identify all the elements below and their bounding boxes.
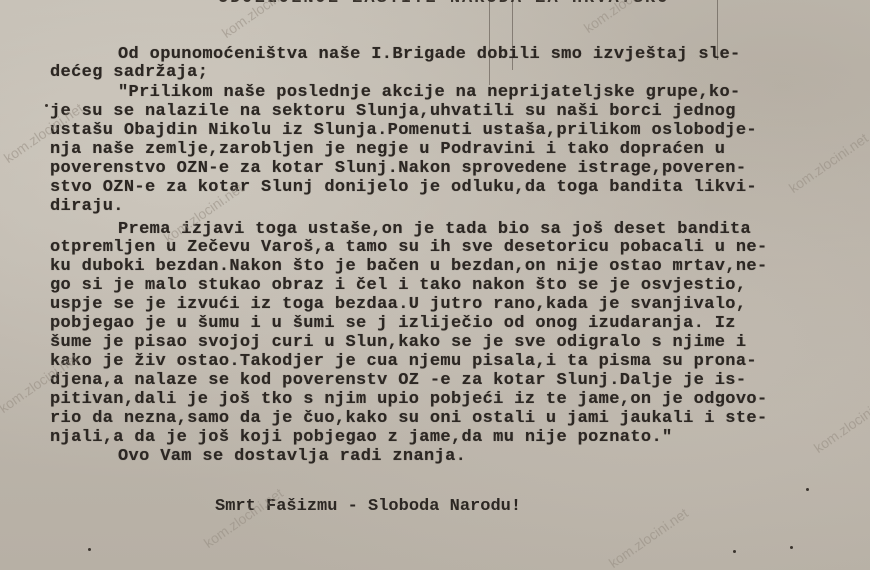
document-line: pitivan,dali je još tko s njim upio pobj… xyxy=(50,390,768,409)
document-line: diraju. xyxy=(50,197,124,216)
document-line: Prema izjavi toga ustaše,on je tada bio … xyxy=(118,220,751,239)
document-line: ku duboki bezdan.Nakon što je bačen u be… xyxy=(50,257,768,276)
document-line: je su se nalazile na sektoru Slunja,uhva… xyxy=(50,102,736,121)
paper-speck xyxy=(45,104,48,107)
paper-speck xyxy=(733,550,736,553)
watermark: kom.zlocini.net xyxy=(201,485,286,551)
document-line: Od opunomoćeništva naše I.Brigade dobili… xyxy=(118,45,741,64)
document-line: stvo OZN-e za kotar Slunj donijelo je od… xyxy=(50,178,757,197)
watermark: kom.zlocini.net xyxy=(786,130,870,196)
document-line: njali,a da je još koji pobjegao z jame,d… xyxy=(50,428,673,447)
document-line: otpremljen u Zečevu Varoš,a tamo su ih s… xyxy=(50,238,768,257)
paper-speck xyxy=(790,546,793,549)
document-line: nja naše zemlje,zarobljen je negje u Pod… xyxy=(50,140,725,159)
document-line: djena,a nalaze se kod poverenstv OZ -e z… xyxy=(50,371,746,390)
document-line: uspje se je izvući iz toga bezdaa.U jutr… xyxy=(50,295,746,314)
paper-crease xyxy=(489,0,490,85)
document-line: šume je pisao svojoj curi u Slun,kako se… xyxy=(50,333,746,352)
document-line: go si je malo stukao obraz i čel i tako … xyxy=(50,276,746,295)
scanned-document-page: ODJELJENJE ZAŠTITE NARODA ZA HRVATSKU Od… xyxy=(0,0,870,570)
document-line: poverenstvo OZN-e za kotar Slunj.Nakon s… xyxy=(50,159,746,178)
watermark: kom.zlocini.net xyxy=(811,390,870,456)
document-line: Ovo Vam se dostavlja radi znanja. xyxy=(118,447,466,466)
document-line: rio da nezna,samo da je čuo,kako su oni … xyxy=(50,409,768,428)
document-line: dećeg sadržaja; xyxy=(50,63,208,82)
watermark: kom.zlocini.net xyxy=(606,505,691,570)
document-line: kako je živ ostao.Takodjer je cua njemu … xyxy=(50,352,757,371)
document-line: pobjegao je u šumu i u šumi se j izliječ… xyxy=(50,314,736,333)
paper-speck xyxy=(88,548,91,551)
paper-speck xyxy=(806,488,809,491)
document-line: "Prilikom naše poslednje akcije na nepri… xyxy=(118,83,741,102)
document-line: ustašu Obajdin Nikolu iz Slunja.Pomenuti… xyxy=(50,121,757,140)
